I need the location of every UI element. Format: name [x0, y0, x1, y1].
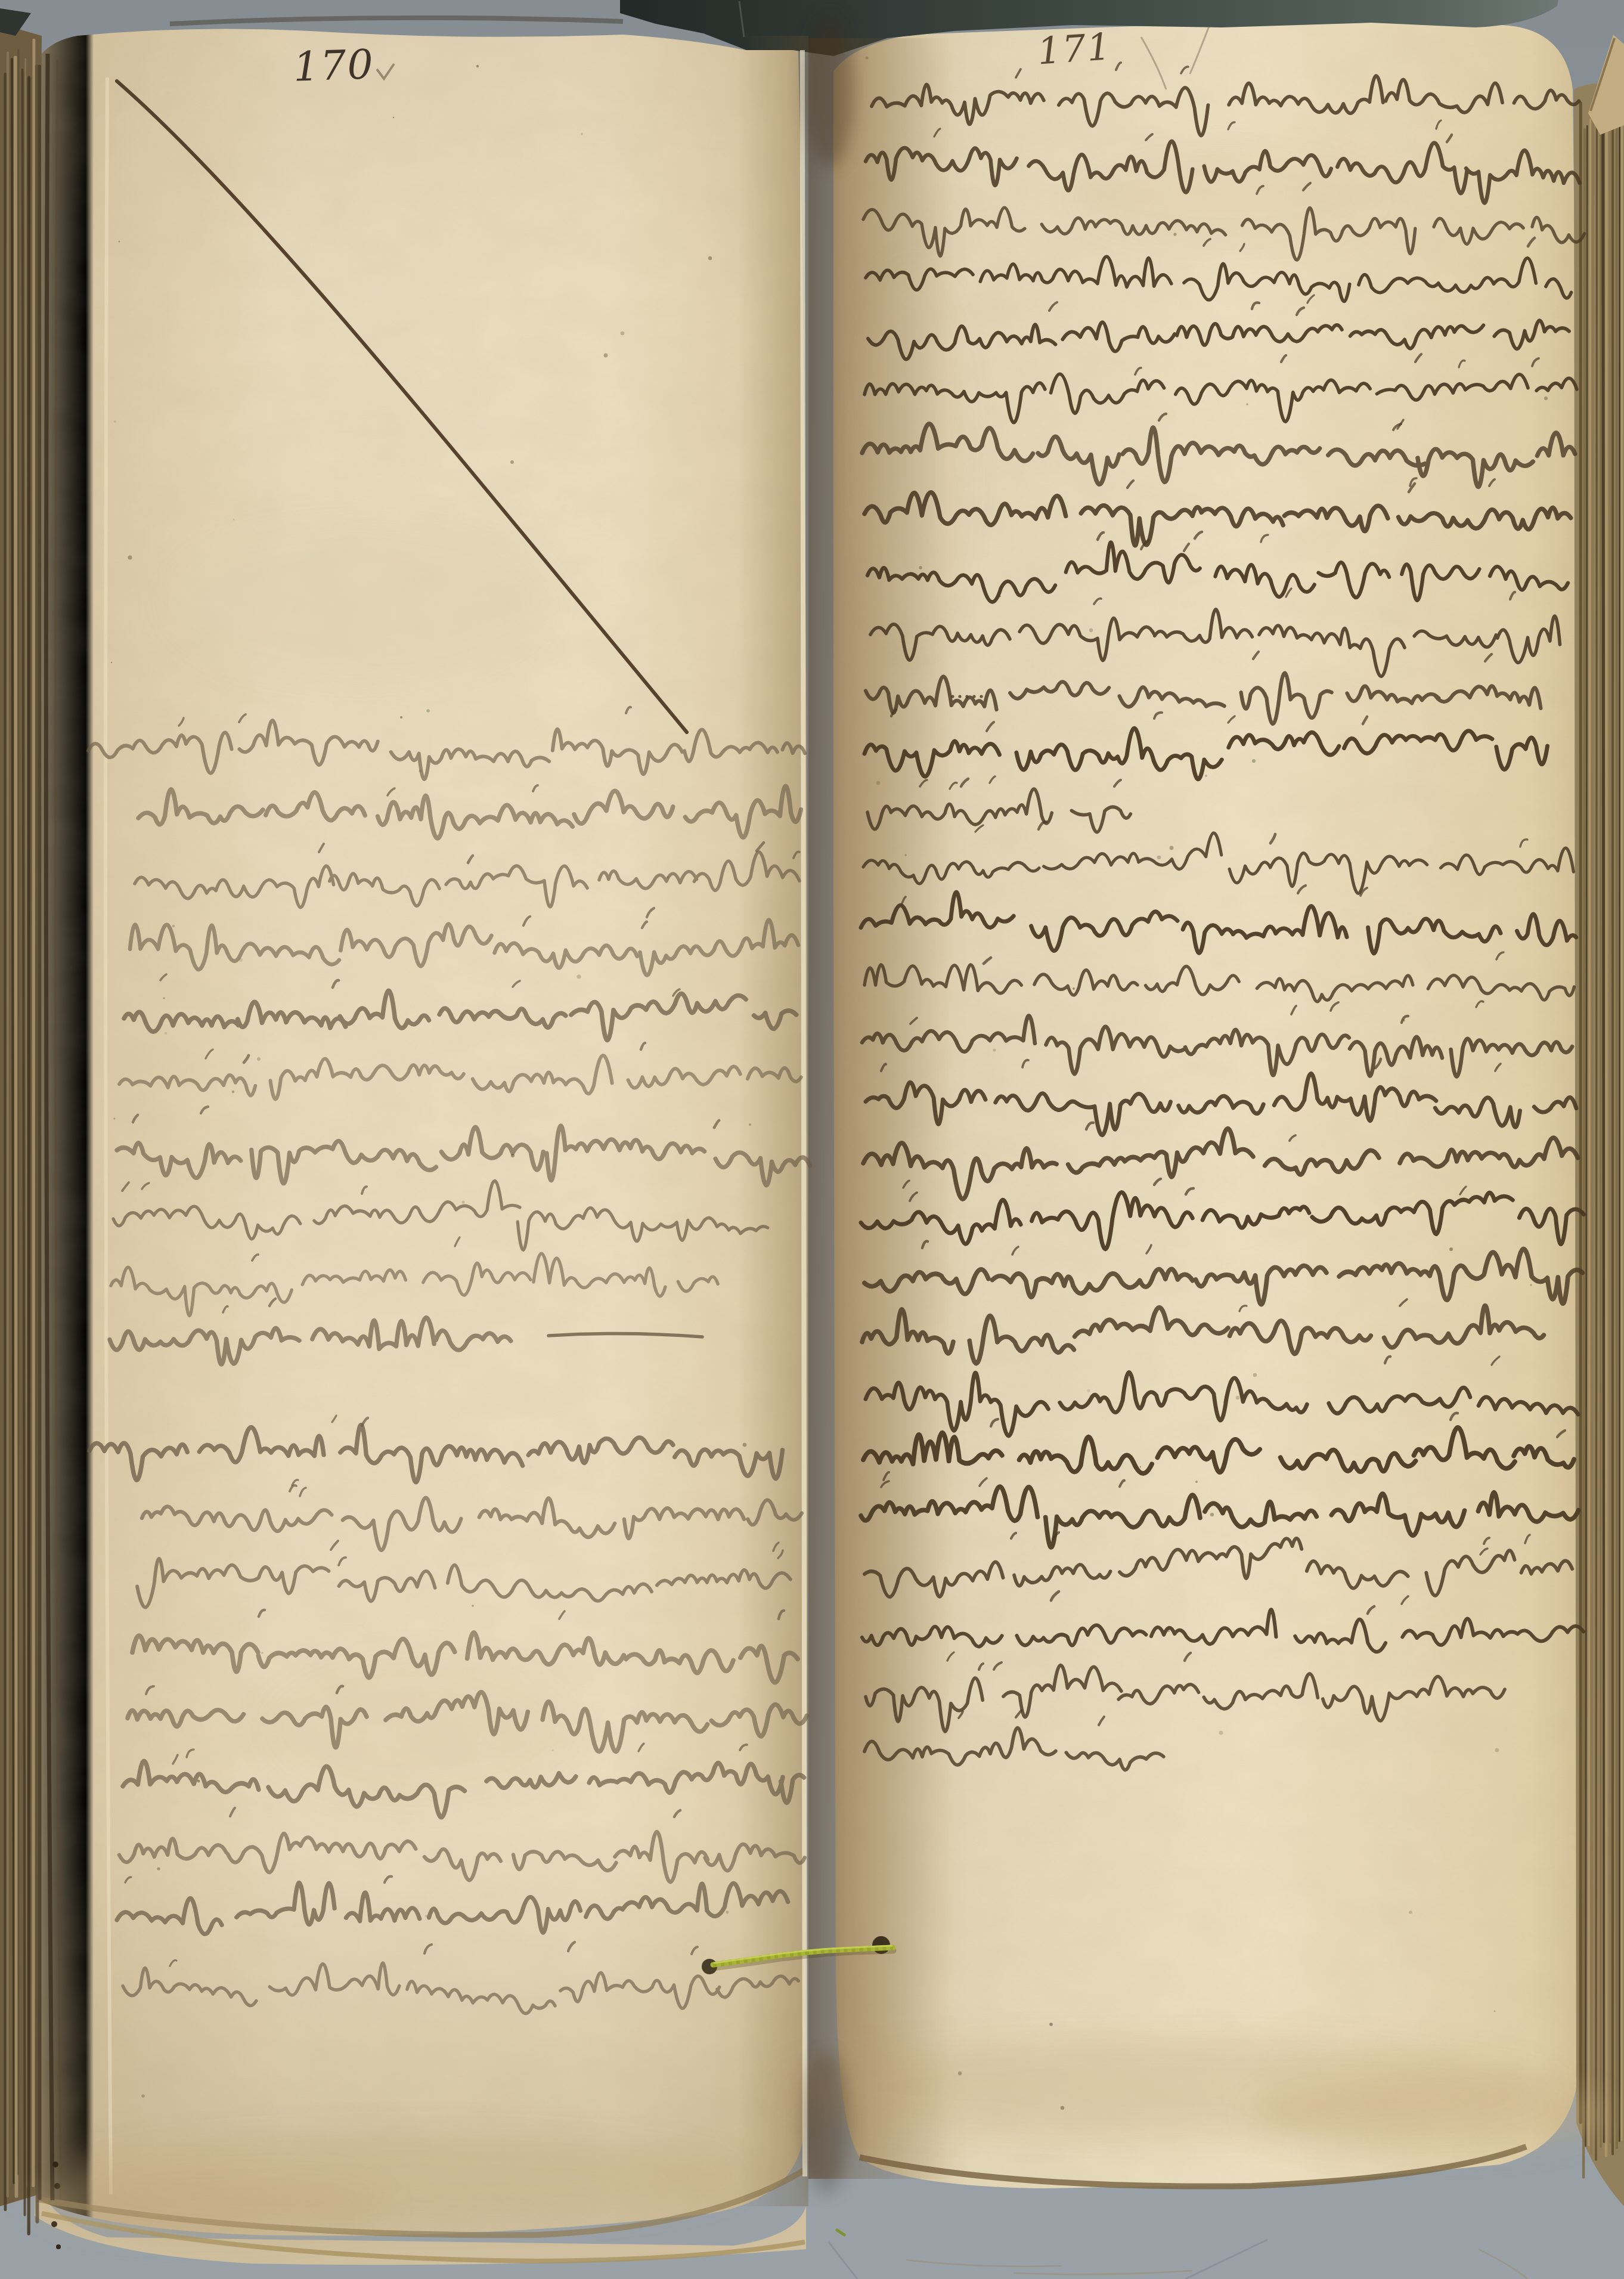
speck — [1219, 1731, 1223, 1735]
speck — [749, 1123, 751, 1126]
ink-dot — [972, 695, 975, 698]
speck — [919, 566, 922, 569]
speck — [1253, 1373, 1257, 1377]
speck — [958, 2071, 962, 2075]
speck — [232, 1091, 235, 1094]
speck — [233, 518, 234, 520]
speck — [1087, 1389, 1090, 1392]
speck — [476, 65, 479, 67]
handwriting-line — [1606, 131, 1607, 2156]
manuscript-scan: 170 171 — [0, 0, 1624, 2279]
speck — [1073, 987, 1075, 990]
speck — [239, 958, 243, 962]
speck — [1205, 775, 1207, 777]
folio-number-right: 171 — [1036, 24, 1113, 73]
handwriting-line — [7, 53, 8, 2197]
speck — [157, 1867, 160, 1870]
speck — [1409, 1910, 1412, 1914]
speck — [511, 1154, 515, 1157]
speck — [425, 1915, 427, 1917]
speck — [1061, 2106, 1065, 2110]
handwriting-line — [29, 78, 30, 2234]
handwriting-line — [1619, 123, 1620, 2141]
handwriting-line — [37, 66, 38, 2222]
gutter — [738, 12, 949, 2206]
speck — [621, 332, 625, 336]
speck — [111, 662, 112, 663]
speck — [1236, 1396, 1240, 1400]
speck — [1049, 2023, 1053, 2026]
speck — [581, 133, 582, 135]
speck — [257, 1057, 261, 1061]
handwriting-line — [5, 74, 5, 2209]
handwriting-line — [1610, 116, 1611, 2142]
speck — [461, 1200, 464, 1203]
speck — [393, 117, 394, 118]
speck — [419, 769, 422, 772]
folio-number-left: 170 — [293, 41, 375, 91]
speck — [552, 1749, 554, 1751]
speck — [141, 2094, 145, 2098]
speck — [114, 420, 116, 423]
handwriting-line — [33, 40, 34, 2185]
speck — [1246, 403, 1248, 405]
speck — [1544, 397, 1548, 400]
speck — [128, 555, 132, 559]
speck — [70, 967, 72, 969]
handwriting-line — [18, 50, 19, 2175]
speck — [1494, 2011, 1496, 2012]
handwriting-line — [1603, 122, 1605, 2142]
handwriting-line — [1622, 116, 1622, 2140]
speck — [904, 854, 906, 856]
speck — [1449, 1247, 1453, 1251]
speck — [510, 460, 514, 464]
speck — [197, 1780, 200, 1783]
speck — [577, 974, 581, 979]
speck — [1140, 1466, 1141, 1467]
speck — [743, 1443, 747, 1447]
speck — [1157, 856, 1161, 860]
speck — [667, 876, 669, 878]
speck — [1403, 1019, 1405, 1021]
speck — [1173, 233, 1176, 236]
handwriting-line — [1580, 103, 1580, 2123]
speck — [1353, 594, 1356, 597]
handwriting-line — [1613, 116, 1613, 2154]
handwriting-line — [1600, 117, 1601, 2147]
speck — [726, 1911, 729, 1914]
ink-dot — [965, 695, 968, 698]
handwriting-line — [16, 57, 17, 2196]
speck — [1530, 1284, 1532, 1286]
speck — [1210, 1513, 1214, 1516]
speck — [163, 997, 165, 999]
speck — [165, 1032, 168, 1035]
speck — [1495, 1748, 1499, 1752]
speck — [1195, 1481, 1198, 1483]
speck — [604, 354, 608, 358]
ink-dot — [980, 695, 983, 698]
speck — [1089, 628, 1093, 632]
speck — [426, 709, 429, 712]
speck — [708, 256, 712, 260]
speck — [993, 1048, 996, 1051]
speck — [999, 595, 1001, 597]
speck — [876, 781, 881, 785]
speck — [172, 925, 175, 927]
speck — [866, 57, 869, 60]
speck — [1252, 759, 1256, 763]
handwriting-line — [39, 66, 41, 2199]
speck — [400, 716, 402, 719]
ink-dot — [951, 695, 954, 698]
handwriting-line — [1596, 123, 1597, 2160]
fore-edge-stack — [1574, 35, 1624, 2206]
speck — [1170, 846, 1174, 850]
speck — [1167, 1630, 1170, 1632]
speck — [472, 1605, 474, 1607]
ink-dot — [958, 695, 961, 698]
speck — [113, 1117, 116, 1120]
speck — [261, 1652, 264, 1654]
speck — [119, 241, 120, 243]
